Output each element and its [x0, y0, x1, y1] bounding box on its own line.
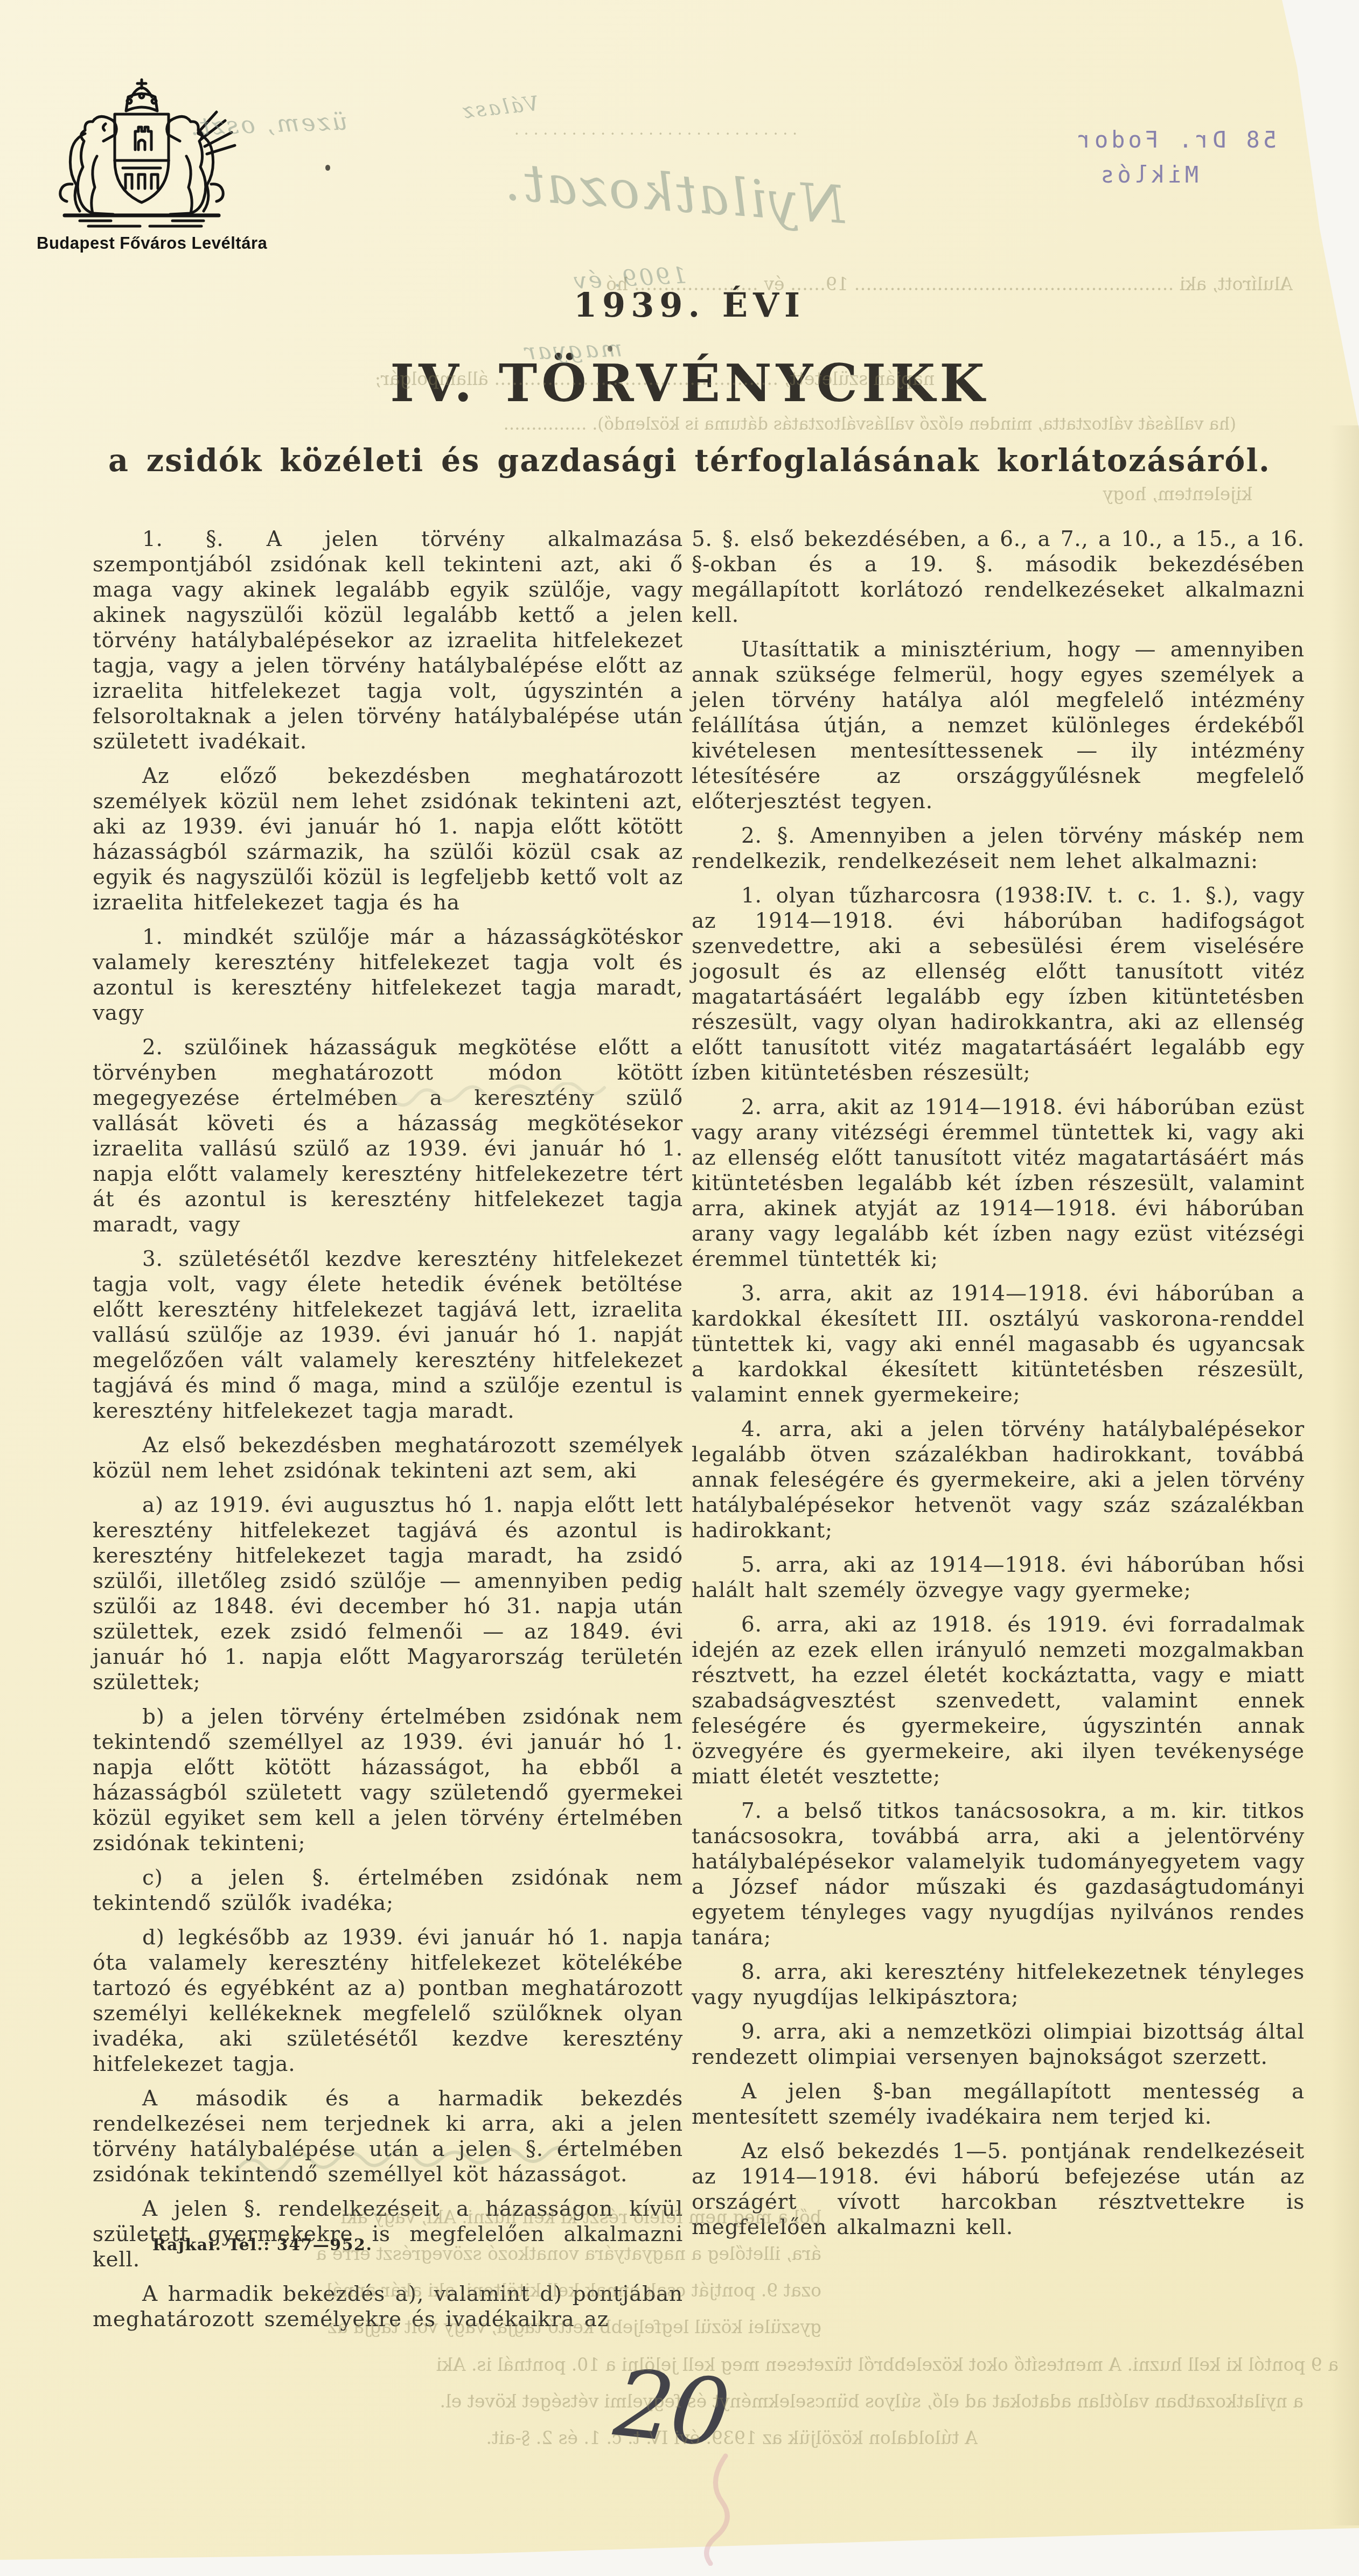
law-paragraph: d) legkésőbb az 1939. évi január hó 1. n… [93, 1925, 683, 2077]
title-block: 1939. ÉVI IV. TÖRVÉNYCIKK a zsidók közél… [81, 285, 1298, 479]
law-paragraph: a) az 1919. évi augusztus hó 1. napja el… [93, 1493, 683, 1695]
law-paragraph: 2. §. Amennyiben a jelen törvény máskép … [692, 823, 1305, 874]
paper-edge-shadow [1329, 425, 1359, 2525]
law-paragraph: A jelen §-ban megállapított mentesség a … [692, 2079, 1305, 2130]
law-paragraph: Az első bekezdésben meghatározott személ… [93, 1433, 683, 1483]
law-paragraph: 7. a belső titkos tanácsosokra, a m. kir… [692, 1798, 1305, 1950]
law-year-heading: 1939. ÉVI [81, 285, 1298, 325]
law-paragraph: 5. arra, aki az 1914—1918. évi háborúban… [692, 1552, 1305, 1603]
law-paragraph: Utasíttatik a minisztérium, hogy — amenn… [692, 637, 1305, 814]
law-paragraph: 3. arra, akit az 1914—1918. évi háborúba… [692, 1281, 1305, 1408]
law-paragraph: 1. olyan tűzharcosra (1938:IV. t. c. 1. … [692, 883, 1305, 1086]
law-number-heading: IV. TÖRVÉNYCIKK [81, 353, 1298, 414]
law-paragraph: 8. arra, aki keresztény hitfelekezetnek … [692, 1959, 1305, 2010]
law-paragraph: 2. szülőinek házasságuk megkötése előtt … [93, 1035, 683, 1237]
law-paragraph: A második és a harmadik bekezdés rendelk… [93, 2086, 683, 2187]
law-text-right-column: 5. §. első bekezdésében, a 6., a 7., a 1… [692, 527, 1305, 2249]
law-paragraph: 9. arra, aki a nemzetközi olimpiai bizot… [692, 2019, 1305, 2070]
law-paragraph: Az első bekezdés 1—5. pontjának rendelke… [692, 2139, 1305, 2240]
law-paragraph: 5. §. első bekezdésében, a 6., a 7., a 1… [692, 527, 1305, 628]
paper-speck [325, 165, 330, 171]
law-paragraph: 1. §. A jelen törvény alkalmazása szempo… [93, 527, 683, 754]
printer-imprint: Rajkai. Tel.: 347—952. [152, 2236, 372, 2255]
law-paragraph: b) a jelen törvény értelmében zsidónak n… [93, 1704, 683, 1856]
handwritten-page-number: 20 [610, 2349, 732, 2468]
budapest-coat-of-arms-icon [37, 69, 247, 230]
law-paragraph: 2. arra, akit az 1914—1918. évi háborúba… [692, 1095, 1305, 1272]
law-paragraph: c) a jelen §. értelmében zsidónak nem te… [93, 1865, 683, 1916]
archive-stamp: Budapest Főváros Levéltára [37, 69, 252, 253]
law-paragraph: 4. arra, aki a jelen törvény hatálybalép… [692, 1417, 1305, 1543]
law-paragraph: Az előző bekezdésben meghatározott szemé… [93, 764, 683, 915]
scanned-document-page: { "archive_stamp": { "label": "Budapest … [0, 0, 1359, 2576]
paper-speck [608, 346, 612, 352]
law-paragraph: A jelen §. rendelkezéseit a házasságon k… [93, 2196, 683, 2272]
law-paragraph: 1. mindkét szülője már a házasságkötésko… [93, 925, 683, 1026]
law-text-left-column: 1. §. A jelen törvény alkalmazása szempo… [93, 527, 683, 2341]
law-paragraph: A harmadik bekezdés a), valamint d) pont… [93, 2281, 683, 2332]
archive-stamp-label: Budapest Főváros Levéltára [37, 234, 252, 253]
law-subtitle: a zsidók közéleti és gazdasági térfoglal… [81, 443, 1298, 479]
law-paragraph: 6. arra, aki az 1918. és 1919. évi forra… [692, 1612, 1305, 1789]
law-paragraph: 3. születésétől kezdve keresztény hitfel… [93, 1247, 683, 1424]
